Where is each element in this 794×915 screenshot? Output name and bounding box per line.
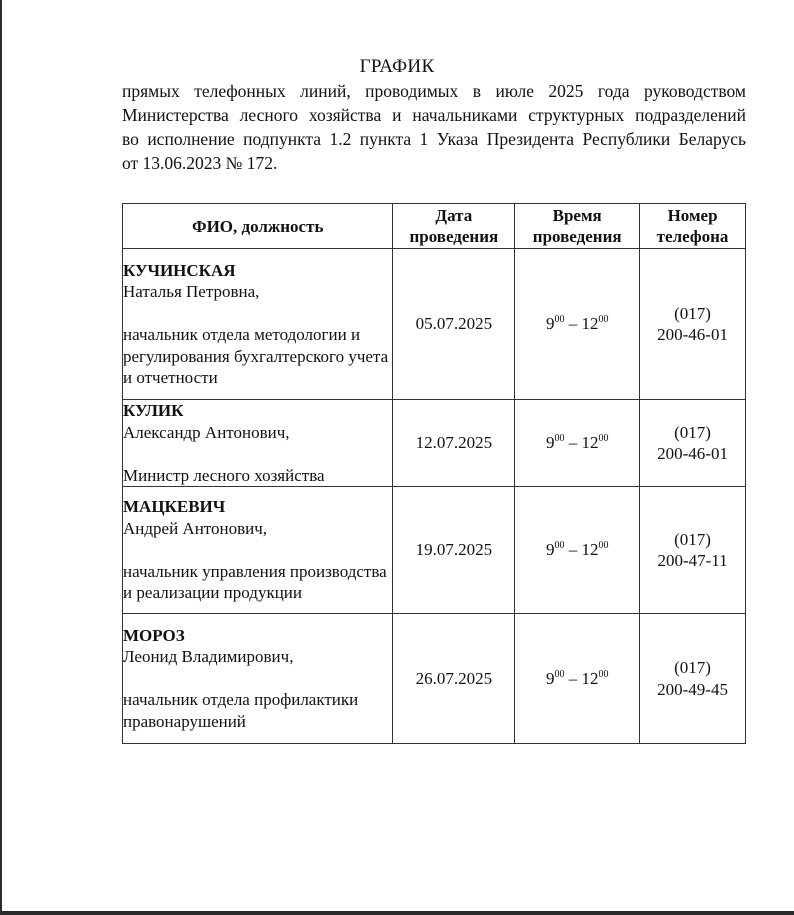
time-end-hour: 12 bbox=[581, 540, 598, 559]
person-given-names: Александр Антонович, bbox=[123, 422, 392, 444]
person-surname: МАЦКЕВИЧ bbox=[123, 496, 392, 518]
date-cell: 26.07.2025 bbox=[393, 614, 515, 744]
time-end-hour: 12 bbox=[581, 314, 598, 333]
phone-number: 200-49-45 bbox=[640, 679, 745, 701]
time-separator: – bbox=[564, 669, 581, 688]
table-row: КУЧИНСКАЯ Наталья Петровна, начальник от… bbox=[123, 249, 746, 400]
cell-spacer bbox=[123, 668, 392, 690]
person-cell: КУЧИНСКАЯ Наталья Петровна, начальник от… bbox=[123, 249, 393, 400]
phone-code: (017) bbox=[640, 657, 745, 679]
intro-line-2: Министерства лесного хозяйства и начальн… bbox=[122, 103, 746, 127]
person-given-names: Наталья Петровна, bbox=[123, 281, 392, 303]
time-end-hour: 12 bbox=[581, 669, 598, 688]
date-cell: 05.07.2025 bbox=[393, 249, 515, 400]
phone-code: (017) bbox=[640, 529, 745, 551]
time-start-minutes: 00 bbox=[554, 669, 564, 680]
time-start-minutes: 00 bbox=[554, 540, 564, 551]
intro-line-4: от 13.06.2023 № 172. bbox=[122, 151, 746, 175]
person-given-names: Андрей Антонович, bbox=[123, 518, 392, 540]
time-start-minutes: 00 bbox=[554, 314, 564, 325]
header-date: Дата проведения bbox=[393, 204, 515, 249]
person-surname: КУЛИК bbox=[123, 400, 392, 422]
person-surname: МОРОЗ bbox=[123, 625, 392, 647]
time-cell: 900 – 1200 bbox=[515, 487, 640, 614]
phone-code: (017) bbox=[640, 422, 745, 444]
time-end-minutes: 00 bbox=[598, 314, 608, 325]
time-separator: – bbox=[564, 314, 581, 333]
phone-number: 200-46-01 bbox=[640, 443, 745, 465]
document-title: ГРАФИК bbox=[0, 56, 794, 78]
cell-spacer bbox=[123, 303, 392, 325]
time-separator: – bbox=[564, 540, 581, 559]
person-surname: КУЧИНСКАЯ bbox=[123, 260, 392, 282]
person-position: начальник отдела методологии и регулиров… bbox=[123, 324, 392, 389]
time-end-hour: 12 bbox=[581, 433, 598, 452]
viewer-frame-bottom-edge bbox=[0, 911, 794, 915]
viewer-frame-left-edge bbox=[0, 0, 2, 915]
phone-cell: (017) 200-46-01 bbox=[640, 400, 746, 487]
document-intro: прямых телефонных линий, проводимых в ию… bbox=[122, 79, 746, 175]
phone-number: 200-46-01 bbox=[640, 324, 745, 346]
table-row: МАЦКЕВИЧ Андрей Антонович, начальник упр… bbox=[123, 487, 746, 614]
person-position: начальник отдела профилактики правонаруш… bbox=[123, 689, 392, 732]
phone-cell: (017) 200-47-11 bbox=[640, 487, 746, 614]
date-cell: 12.07.2025 bbox=[393, 400, 515, 487]
time-end-minutes: 00 bbox=[598, 540, 608, 551]
time-separator: – bbox=[564, 433, 581, 452]
person-cell: МАЦКЕВИЧ Андрей Антонович, начальник упр… bbox=[123, 487, 393, 614]
intro-line-1: прямых телефонных линий, проводимых в ию… bbox=[122, 79, 746, 103]
cell-spacer bbox=[123, 443, 392, 465]
phone-cell: (017) 200-49-45 bbox=[640, 614, 746, 744]
header-phone: Номер телефона bbox=[640, 204, 746, 249]
person-cell: КУЛИК Александр Антонович, Министр лесно… bbox=[123, 400, 393, 487]
time-start-minutes: 00 bbox=[554, 433, 564, 444]
table-row: КУЛИК Александр Антонович, Министр лесно… bbox=[123, 400, 746, 487]
time-end-minutes: 00 bbox=[598, 433, 608, 444]
time-cell: 900 – 1200 bbox=[515, 614, 640, 744]
person-cell: МОРОЗ Леонид Владимирович, начальник отд… bbox=[123, 614, 393, 744]
intro-line-3: во исполнение подпункта 1.2 пункта 1 Ука… bbox=[122, 127, 746, 151]
date-cell: 19.07.2025 bbox=[393, 487, 515, 614]
header-time: Время проведения bbox=[515, 204, 640, 249]
phone-cell: (017) 200-46-01 bbox=[640, 249, 746, 400]
time-end-minutes: 00 bbox=[598, 669, 608, 680]
phone-number: 200-47-11 bbox=[640, 550, 745, 572]
time-cell: 900 – 1200 bbox=[515, 400, 640, 487]
person-position: начальник управления производства и реал… bbox=[123, 561, 392, 604]
schedule-table: ФИО, должность Дата проведения Время про… bbox=[122, 203, 746, 744]
person-given-names: Леонид Владимирович, bbox=[123, 646, 392, 668]
table-row: МОРОЗ Леонид Владимирович, начальник отд… bbox=[123, 614, 746, 744]
person-position: Министр лесного хозяйства bbox=[123, 465, 392, 487]
header-name-position: ФИО, должность bbox=[123, 204, 393, 249]
phone-code: (017) bbox=[640, 303, 745, 325]
time-cell: 900 – 1200 bbox=[515, 249, 640, 400]
cell-spacer bbox=[123, 539, 392, 561]
table-header-row: ФИО, должность Дата проведения Время про… bbox=[123, 204, 746, 249]
